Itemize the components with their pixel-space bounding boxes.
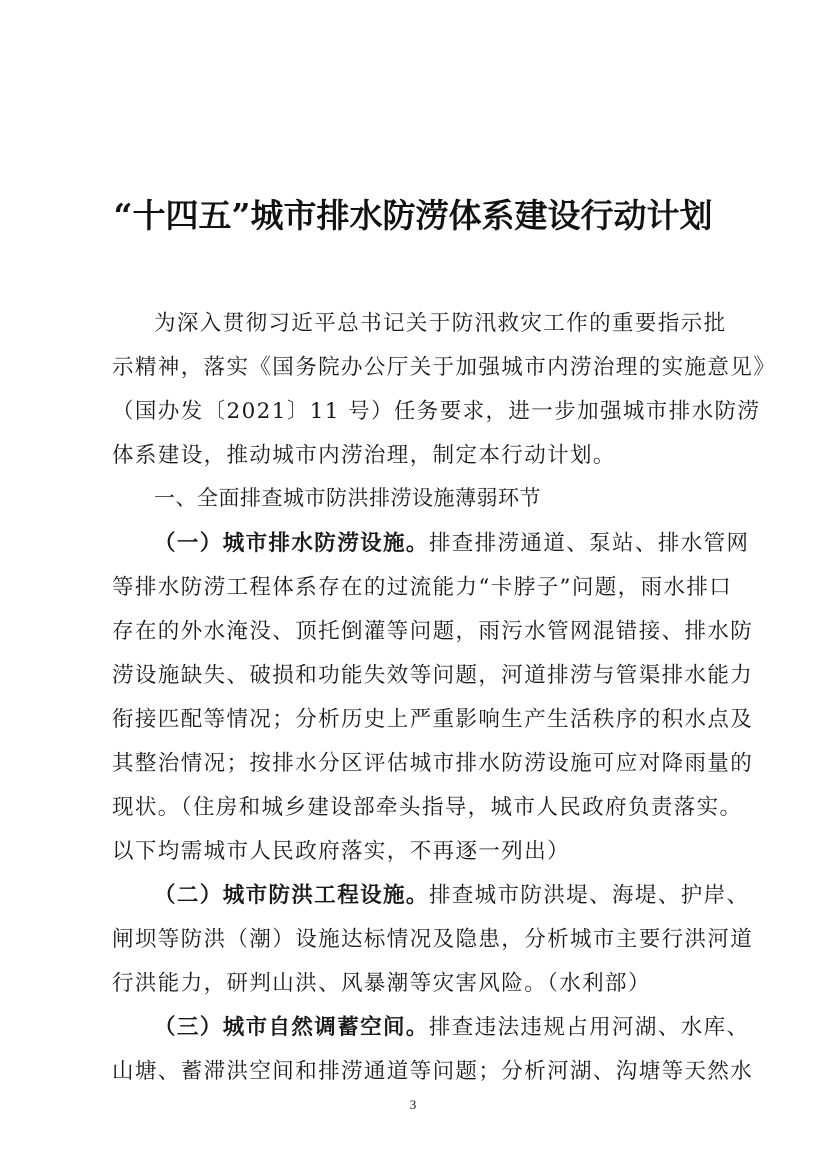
item-2-line: 行洪能力，研判山洪、风暴潮等灾害风险。（水利部） bbox=[112, 966, 722, 997]
item-3-first-line: （三）城市自然调蓄空间。排查违法违规占用河湖、水库、 bbox=[154, 1010, 764, 1041]
item-1-line: 衔接匹配等情况；分析历史上严重影响生产生活秩序的积水点及 bbox=[112, 702, 722, 733]
page-number: 3 bbox=[0, 1097, 826, 1113]
intro-line-1: 为深入贯彻习近平总书记关于防汛救灾工作的重要指示批 bbox=[154, 306, 764, 337]
intro-line-2: 示精神，落实《国务院办公厅关于加强城市内涝治理的实施意见》 bbox=[112, 350, 722, 381]
item-1-first-line: （一）城市排水防涝设施。排查排涝通道、泵站、排水管网 bbox=[154, 526, 764, 557]
item-1-text: 排查排涝通道、泵站、排水管网 bbox=[429, 531, 750, 556]
section-heading-1: 一、全面排查城市防洪排涝设施薄弱环节 bbox=[154, 482, 764, 512]
intro-line-4: 体系建设，推动城市内涝治理，制定本行动计划。 bbox=[112, 438, 722, 469]
item-3-line: 山塘、蓄滞洪空间和排涝通道等问题；分析河湖、沟塘等天然水 bbox=[112, 1054, 722, 1085]
intro-line-3: （国办发〔2021〕11 号）任务要求，进一步加强城市排水防涝 bbox=[112, 394, 722, 425]
item-2-title: （二）城市防洪工程设施。 bbox=[154, 883, 429, 908]
item-1-title: （一）城市排水防涝设施。 bbox=[154, 531, 429, 556]
item-1-line: 涝设施缺失、破损和功能失效等问题，河道排涝与管渠排水能力 bbox=[112, 658, 722, 689]
item-1-line: 其整治情况；按排水分区评估城市排水防涝设施可应对降雨量的 bbox=[112, 746, 722, 777]
item-1-line: 等排水防涝工程体系存在的过流能力“卡脖子”问题，雨水排口 bbox=[112, 570, 722, 601]
item-2-line: 闸坝等防洪（潮）设施达标情况及隐患，分析城市主要行洪河道 bbox=[112, 922, 722, 953]
item-1-line: 以下均需城市人民政府落实，不再逐一列出） bbox=[112, 834, 722, 865]
item-3-title: （三）城市自然调蓄空间。 bbox=[154, 1015, 429, 1040]
item-3-text: 排查违法违规占用河湖、水库、 bbox=[429, 1015, 750, 1040]
document-title: “十四五”城市排水防涝体系建设行动计划 bbox=[0, 190, 826, 237]
item-2-first-line: （二）城市防洪工程设施。排查城市防洪堤、海堤、护岸、 bbox=[154, 878, 764, 909]
item-2-text: 排查城市防洪堤、海堤、护岸、 bbox=[429, 883, 750, 908]
item-1-line: 存在的外水淹没、顶托倒灌等问题，雨污水管网混错接、排水防 bbox=[112, 614, 722, 645]
item-1-line: 现状。（住房和城乡建设部牵头指导，城市人民政府负责落实。 bbox=[112, 790, 722, 821]
